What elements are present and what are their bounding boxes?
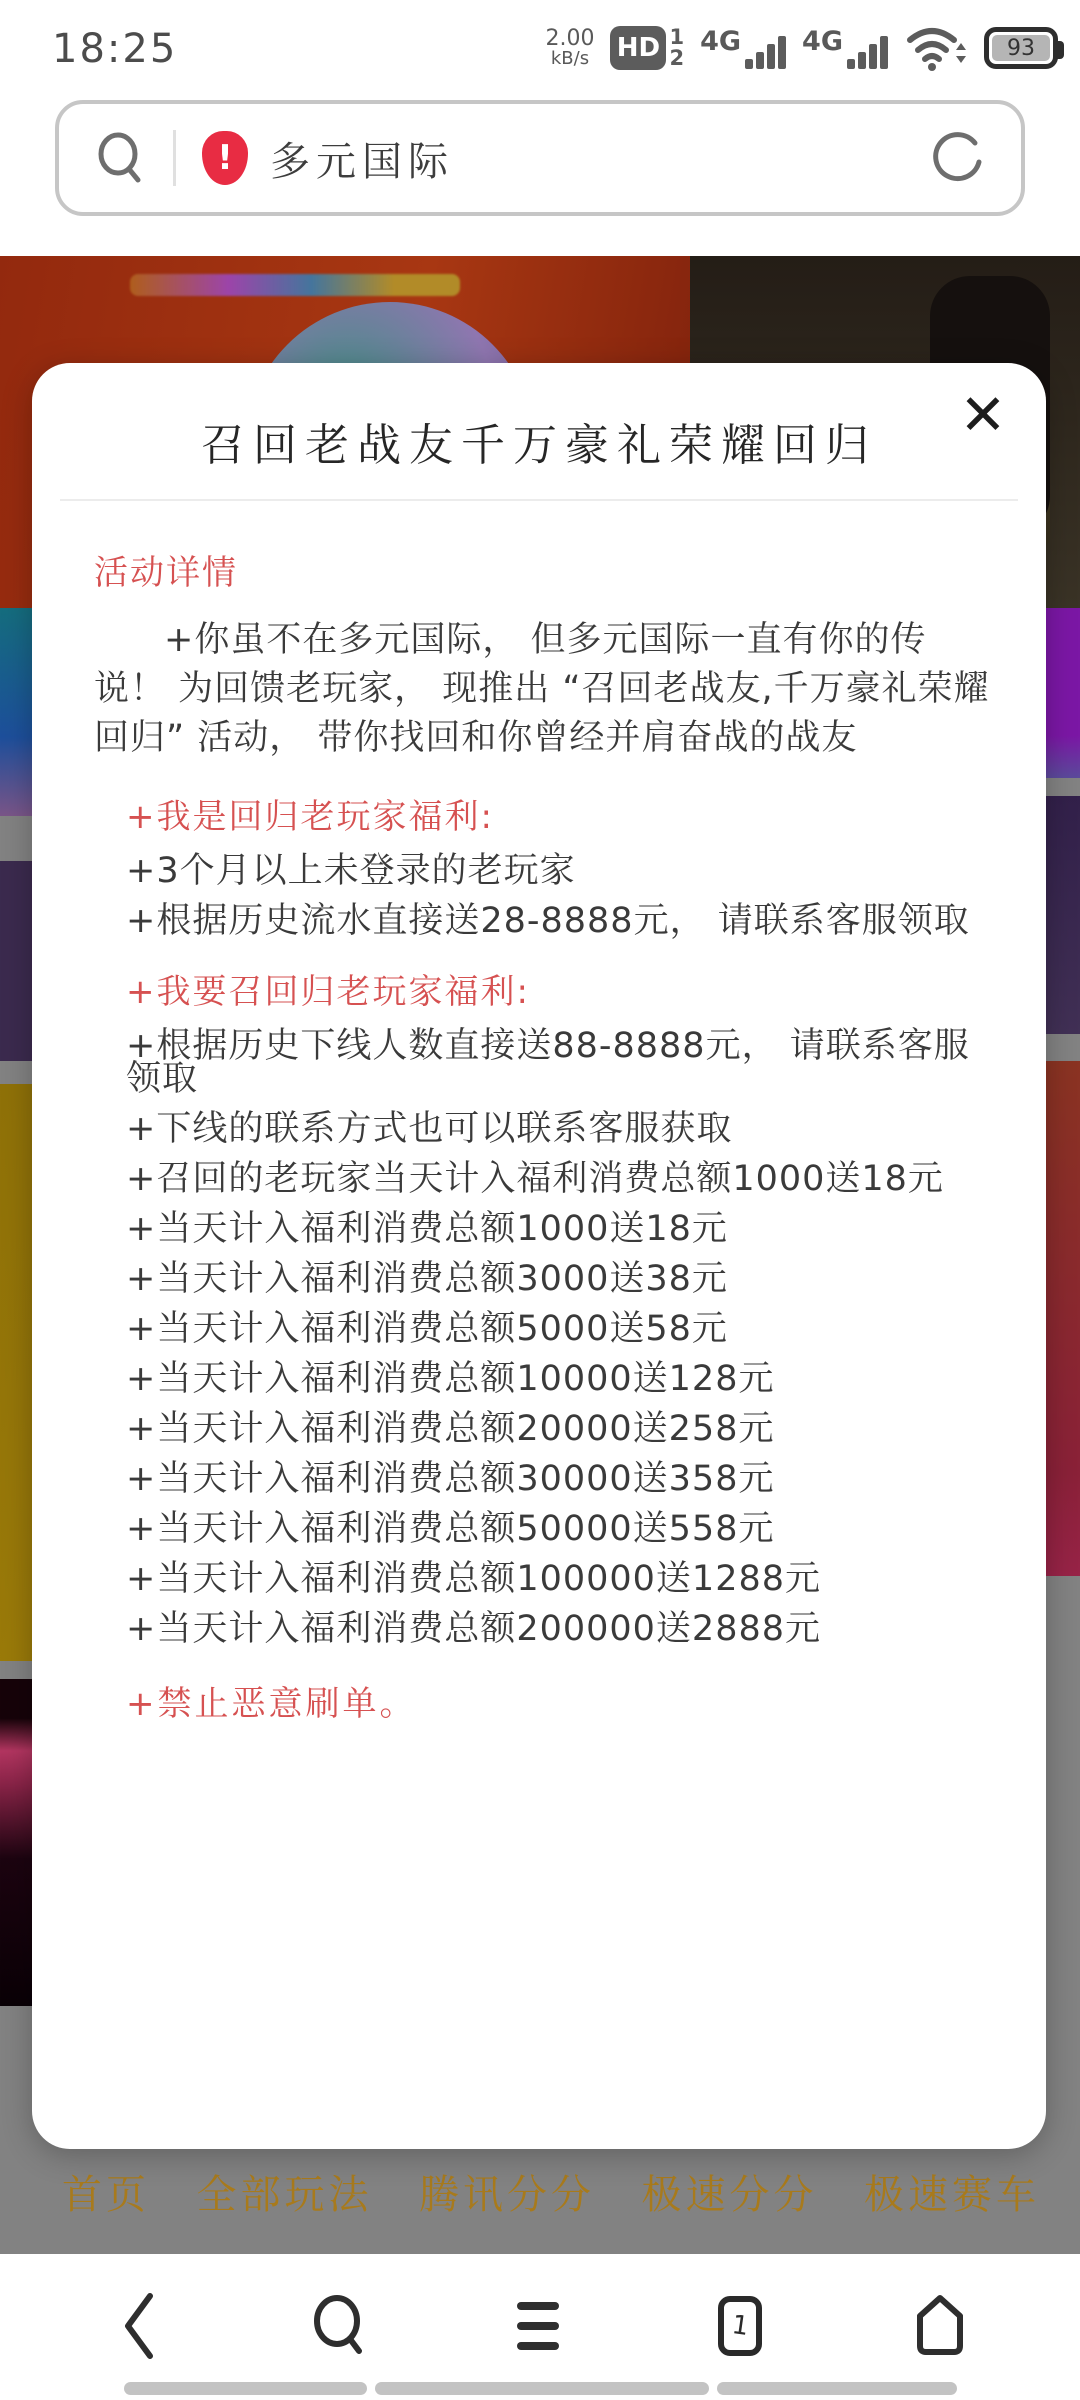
benefit-item: +3个月以上未登录的老玩家 [126, 855, 994, 888]
sim1-label: 1 [669, 27, 684, 48]
network-speed: 2.00 kB/s [545, 27, 594, 69]
site-nav-all-games[interactable]: 全部玩法 [197, 2163, 373, 2220]
network-speed-unit: kB/s [551, 50, 589, 69]
sim2-label: 2 [669, 48, 684, 69]
sim-slot-numbers: 1 2 [669, 27, 684, 69]
benefit-item: +根据历史下线人数直接送88-8888元， 请联系客服领取 [126, 1030, 994, 1096]
tab-count: 1 [730, 2310, 751, 2342]
signal-bars-icon [847, 35, 888, 69]
web-content-dimmed: 首页 全部玩法 腾讯分分 极速分分 极速赛车 召回老战友千万豪礼荣耀回归 ✕ 活… [0, 216, 1080, 2254]
benefit-item: +召回的老玩家当天计入福利消费总额1000送18元 [126, 1163, 994, 1196]
modal-body: 活动详情 +你虽不在多元国际， 但多元国际一直有你的传说！ 为回馈老玩家， 现推… [94, 531, 994, 1725]
site-bottom-nav: 首页 全部玩法 腾讯分分 极速分分 极速赛车 [0, 2156, 1080, 2226]
hd-badge: HD [610, 26, 666, 70]
benefit-item: +下线的联系方式也可以联系客服获取 [126, 1113, 994, 1146]
activity-detail-heading: 活动详情 [94, 545, 994, 594]
no-fraud-warning: +禁止恶意刷单。 [126, 1676, 994, 1725]
benefit-item: +当天计入福利消费总额3000送38元 [126, 1263, 994, 1296]
recall-benefit-heading: +我要召回归老玩家福利: [126, 964, 994, 1013]
search-icon[interactable] [93, 130, 149, 186]
bg-card-strip [1046, 1061, 1080, 1576]
close-icon[interactable]: ✕ [948, 381, 1018, 451]
benefit-item: +当天计入福利消费总额1000送18元 [126, 1213, 994, 1246]
status-bar: 18:25 2.00 kB/s HD 1 2 4G 4G [0, 0, 1080, 92]
benefit-item: +当天计入福利消费总额30000送358元 [126, 1463, 994, 1496]
bg-card-strip [0, 1084, 32, 1661]
bg-card-strip [0, 861, 32, 1061]
benefit-item: +当天计入福利消费总额50000送558元 [126, 1513, 994, 1546]
benefit-item: +当天计入福利消费总额20000送258元 [126, 1413, 994, 1446]
benefit-item: +根据历史流水直接送28-8888元， 请联系客服领取 [126, 905, 994, 938]
home-button[interactable] [885, 2276, 995, 2376]
browser-bottom-bar: 1 [0, 2254, 1080, 2400]
clock: 18:25 [52, 26, 177, 72]
bg-card-strip [1046, 796, 1080, 1034]
search-icon [309, 2293, 371, 2359]
refresh-icon[interactable] [929, 129, 987, 187]
status-icons: 2.00 kB/s HD 1 2 4G 4G [545, 18, 1058, 78]
bg-card-strip [0, 608, 32, 816]
signal-bars-icon [745, 35, 786, 69]
phone-screen: 18:25 2.00 kB/s HD 1 2 4G 4G [0, 0, 1080, 2400]
security-warning-icon[interactable]: ! [202, 131, 248, 185]
modal-title: 召回老战友千万豪礼荣耀回归 [32, 409, 1046, 473]
bg-card-strip [1046, 608, 1080, 778]
network-speed-value: 2.00 [545, 27, 594, 50]
menu-icon [515, 2298, 565, 2354]
tabs-button[interactable]: 1 [685, 2276, 795, 2376]
home-icon [912, 2294, 968, 2358]
divider [60, 499, 1018, 501]
back-button[interactable] [85, 2276, 195, 2376]
activity-paragraph: +你虽不在多元国际， 但多元国际一直有你的传说！ 为回馈老玩家， 现推出 “召回… [94, 616, 994, 763]
net2-label: 4G [802, 28, 843, 55]
site-nav-speed-race[interactable]: 极速赛车 [864, 2163, 1040, 2220]
benefit-item: +当天计入福利消费总额10000送128元 [126, 1363, 994, 1396]
divider [173, 130, 176, 186]
hd-volte-icon: HD 1 2 [610, 26, 684, 70]
url-text[interactable]: 多元国际 [270, 130, 454, 187]
battery-icon: 93 [984, 27, 1058, 69]
wifi-icon [904, 24, 968, 72]
site-nav-home[interactable]: 首页 [62, 2163, 150, 2220]
menu-button[interactable] [485, 2276, 595, 2376]
search-button[interactable] [285, 2276, 395, 2376]
benefit-item: +当天计入福利消费总额100000送1288元 [126, 1563, 994, 1596]
browser-url-bar[interactable]: ! 多元国际 [55, 100, 1025, 216]
promo-modal: 召回老战友千万豪礼荣耀回归 ✕ 活动详情 +你虽不在多元国际， 但多元国际一直有… [32, 363, 1046, 2149]
signal-sim2: 4G [802, 28, 888, 69]
benefit-item: +当天计入福利消费总额200000送2888元 [126, 1613, 994, 1646]
gesture-bar[interactable] [0, 2382, 1080, 2398]
signal-sim1: 4G [700, 28, 786, 69]
back-icon [118, 2290, 162, 2362]
bg-card-strip [0, 1679, 32, 2006]
benefit-item: +当天计入福利消费总额5000送58元 [126, 1313, 994, 1346]
net1-label: 4G [700, 28, 741, 55]
site-nav-speed-ff[interactable]: 极速分分 [642, 2163, 818, 2220]
battery-percent: 93 [1007, 36, 1035, 61]
site-nav-tencent[interactable]: 腾讯分分 [419, 2163, 595, 2220]
tabs-icon: 1 [718, 2296, 762, 2356]
my-benefit-heading: +我是回归老玩家福利: [126, 789, 994, 838]
